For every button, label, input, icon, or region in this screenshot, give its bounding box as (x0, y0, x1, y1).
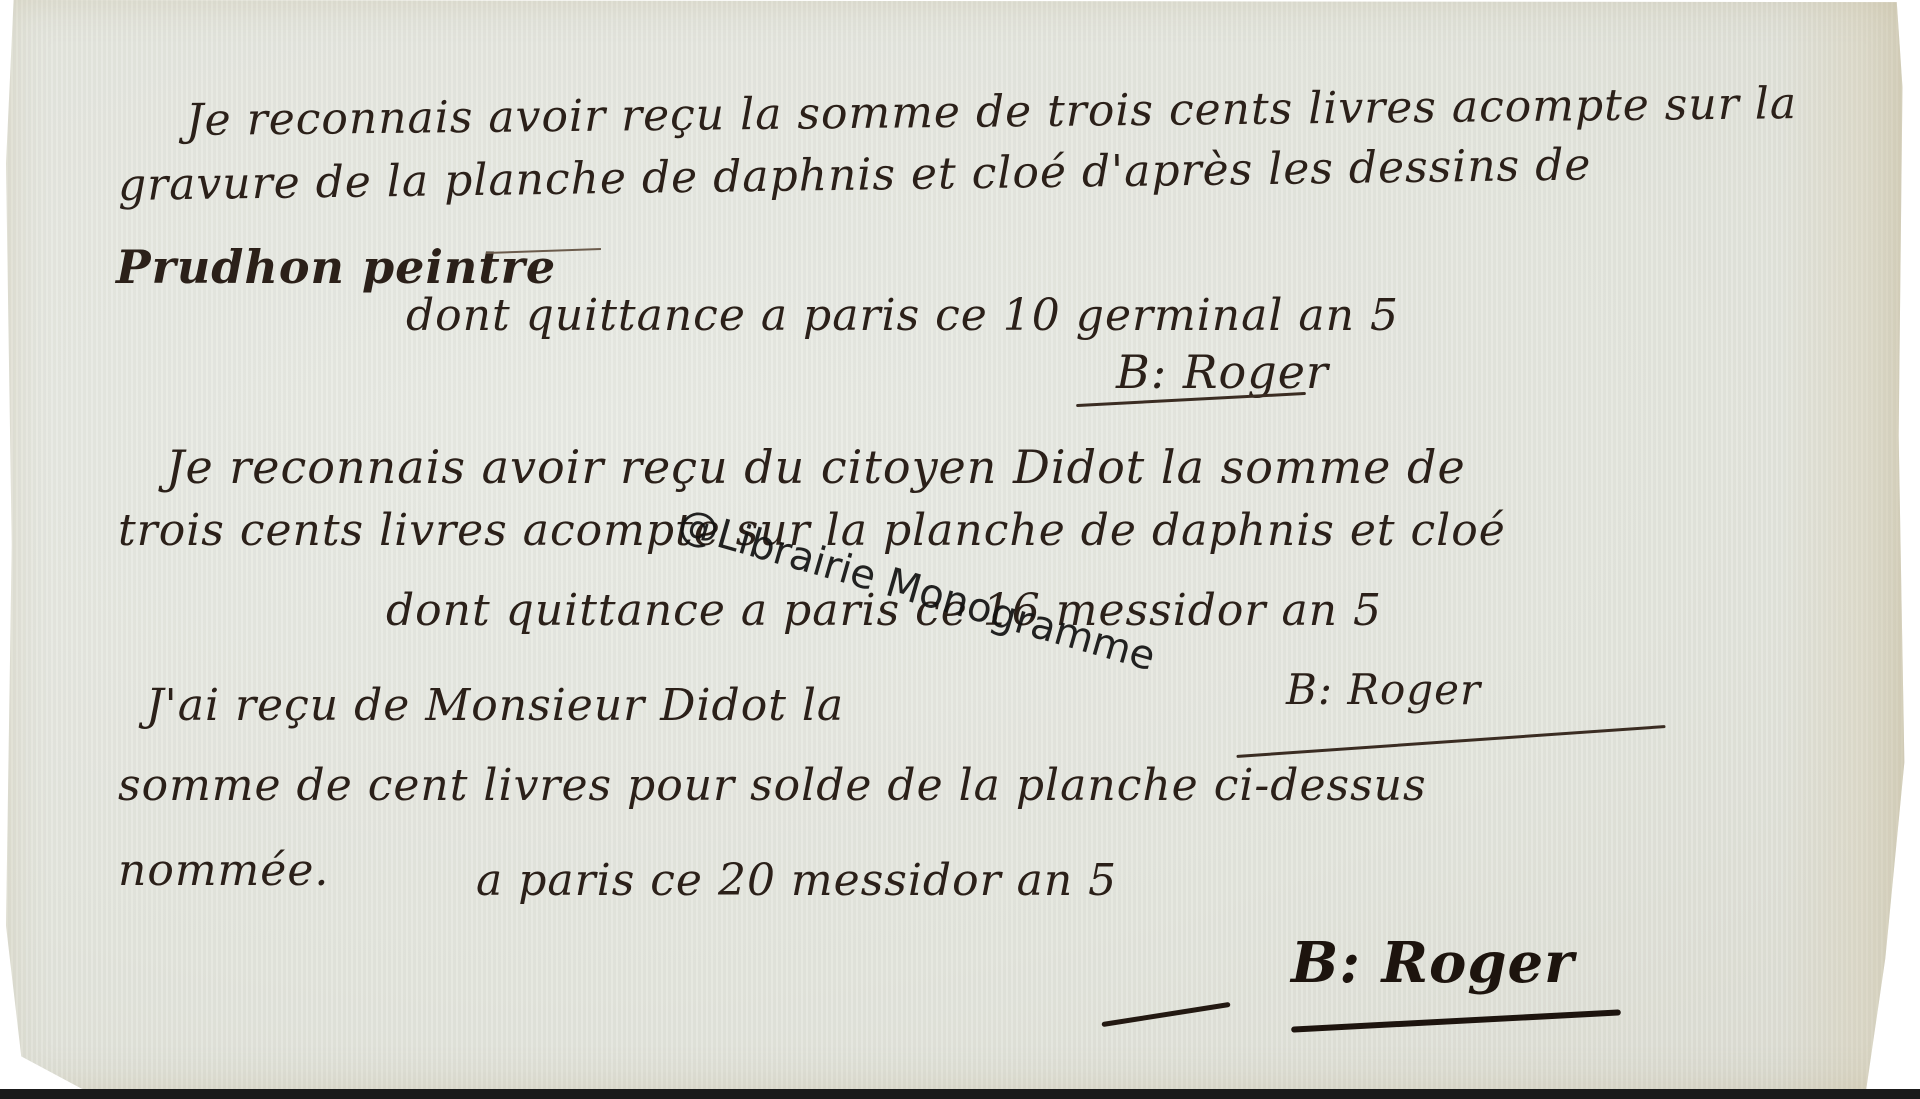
receipt-1-signature: B: Roger (1116, 345, 1329, 399)
receipt-1-line-3: Prudhon peintre (116, 240, 556, 294)
receipt-3-signature: B: Roger (1291, 930, 1575, 996)
signature-flourish (1291, 1009, 1621, 1032)
receipt-1-line-2: gravure de la planche de daphnis et cloé… (118, 139, 1592, 211)
receipt-1-date-line: dont quittance a paris ce 10 germinal an… (406, 290, 1399, 341)
signature-dash (1101, 1002, 1230, 1027)
receipt-2-line-1: Je reconnais avoir reçu du citoyen Didot… (166, 440, 1466, 494)
scan-canvas: Je reconnais avoir reçu la somme de troi… (0, 0, 1920, 1099)
receipt-3-date-line: a paris ce 20 messidor an 5 (476, 855, 1117, 906)
receipt-3-line-2: somme de cent livres pour solde de la pl… (118, 760, 1427, 811)
signature-flourish (1236, 725, 1665, 758)
receipt-3-line-3: nommée. (118, 845, 329, 896)
manuscript-paper: Je reconnais avoir reçu la somme de troi… (6, 0, 1912, 1089)
receipt-3-line-1: J'ai reçu de Monsieur Didot la (146, 680, 844, 731)
scan-bottom-edge (0, 1089, 1920, 1099)
receipt-2-signature: B: Roger (1286, 665, 1481, 714)
receipt-1-line-1: Je reconnais avoir reçu la somme de troi… (186, 78, 1798, 146)
